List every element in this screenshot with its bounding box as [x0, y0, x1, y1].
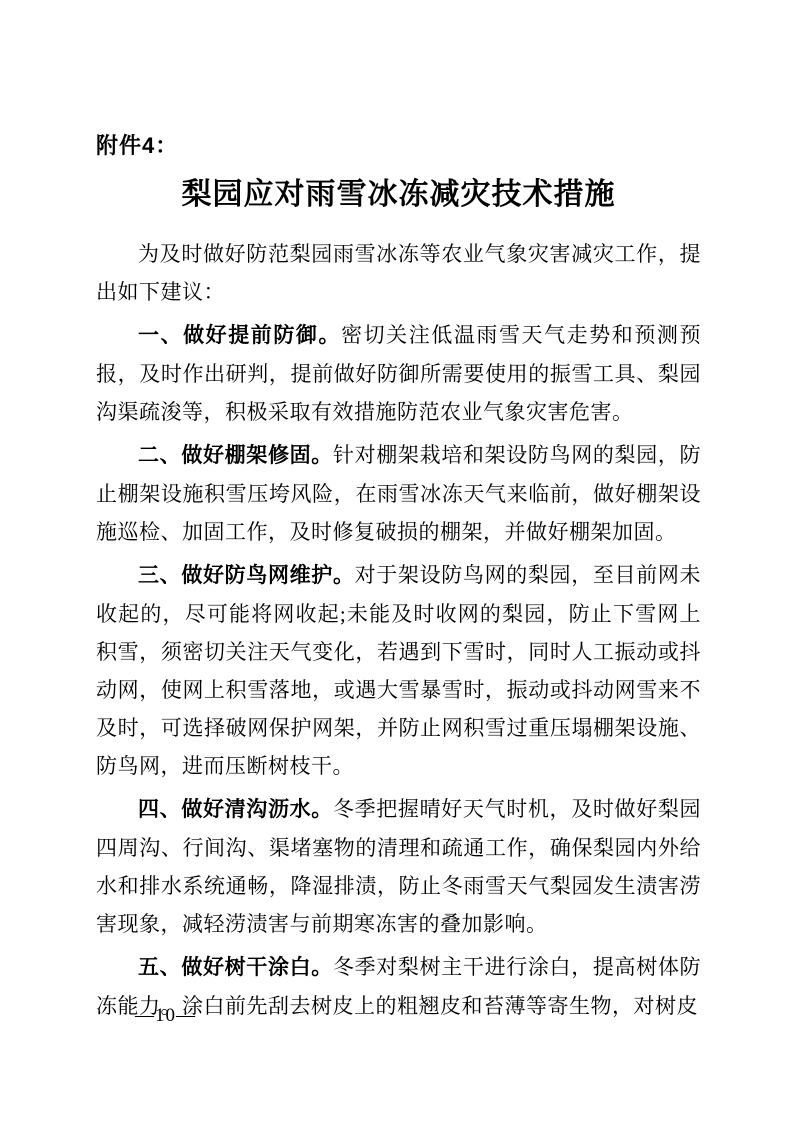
section-heading-3: 三、做好防鸟网维护。	[138, 564, 355, 587]
section-body-3: 对于架设防鸟网的梨园，至目前网未收起的，尽可能将网收起;未能及时收网的梨园，防止…	[96, 563, 701, 778]
document-page: 附件4： 梨园应对雨雪冰冻减灾技术措施 为及时做好防范梨园雨雪冰冻等农业气象灾害…	[0, 0, 793, 1122]
section-paragraph-4: 四、做好清沟沥水。冬季把握晴好天气时机，及时做好梨园四周沟、行间沟、渠堵塞物的清…	[96, 790, 701, 943]
section-heading-5: 五、做好树干涂白。	[138, 956, 333, 979]
section-heading-1: 一、做好提前防御。	[138, 324, 341, 347]
section-heading-2: 二、做好棚架修固。	[138, 444, 333, 467]
page-number: —10—	[135, 1005, 196, 1027]
attachment-label: 附件4：	[96, 133, 701, 159]
section-heading-4: 四、做好清沟沥水。	[138, 798, 333, 821]
document-title: 梨园应对雨雪冰冻减灾技术措施	[96, 175, 701, 215]
section-paragraph-2: 二、做好棚架修固。针对棚架栽培和架设防鸟网的梨园，防止棚架设施积雪压垮风险，在雨…	[96, 436, 701, 551]
section-paragraph-3: 三、做好防鸟网维护。对于架设防鸟网的梨园，至目前网未收起的，尽可能将网收起;未能…	[96, 556, 701, 785]
section-paragraph-1: 一、做好提前防御。密切关注低温雨雪天气走势和预测预报，及时作出研判，提前做好防御…	[96, 316, 701, 431]
intro-paragraph: 为及时做好防范梨园雨雪冰冻等农业气象灾害减灾工作，提出如下建议：	[96, 235, 701, 311]
